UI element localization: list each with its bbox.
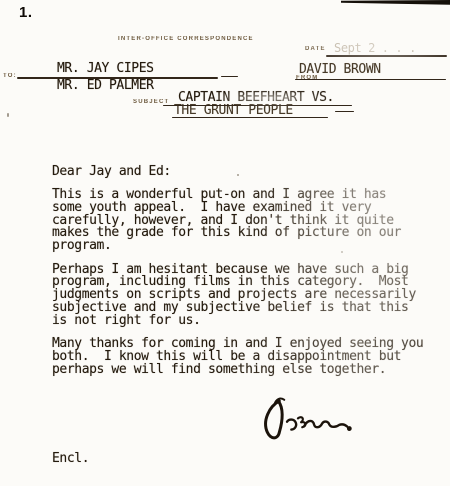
subject-line-2: THE GRUNT PEOPLE bbox=[174, 105, 293, 118]
scan-speck bbox=[7, 113, 9, 117]
from-rule bbox=[295, 79, 446, 81]
subject-rule-1 bbox=[163, 105, 352, 107]
paragraph-1: This is a wonderful put-on and I agree i… bbox=[52, 189, 447, 253]
to-name-2: MR. ED PALMER bbox=[57, 80, 154, 93]
memo-document: 1. INTER-OFFICE CORRESPONDENCE DATE Sept… bbox=[0, 0, 450, 486]
scan-speck bbox=[237, 174, 239, 176]
paragraph-2: Perhaps I am hesitant because we have su… bbox=[52, 264, 447, 328]
to-name-1: MR. JAY CIPES bbox=[57, 63, 154, 76]
paragraph-3: Many thanks for coming in and I enjoyed … bbox=[52, 338, 447, 376]
salutation: Dear Jay and Ed: bbox=[52, 166, 447, 179]
to-label: TO: bbox=[3, 73, 17, 79]
page-number: 1. bbox=[19, 4, 33, 21]
date-label: DATE bbox=[305, 46, 326, 52]
to-rule-dash bbox=[221, 76, 238, 77]
subject-rule-dash bbox=[335, 111, 354, 112]
subject-rule-2 bbox=[172, 117, 328, 119]
scan-speck bbox=[341, 251, 343, 253]
date-value: Sept 2 . . . bbox=[334, 42, 416, 55]
scan-artifact-bar bbox=[341, 0, 450, 5]
to-rule bbox=[17, 77, 218, 79]
date-rule bbox=[326, 55, 447, 57]
enclosure-note: Encl. bbox=[52, 453, 89, 466]
letter-body: Dear Jay and Ed: This is a wonderful put… bbox=[52, 166, 447, 376]
signature-scrawl bbox=[259, 393, 357, 446]
form-title: INTER-OFFICE CORRESPONDENCE bbox=[118, 36, 254, 42]
from-value: DAVID BROWN bbox=[299, 64, 381, 77]
